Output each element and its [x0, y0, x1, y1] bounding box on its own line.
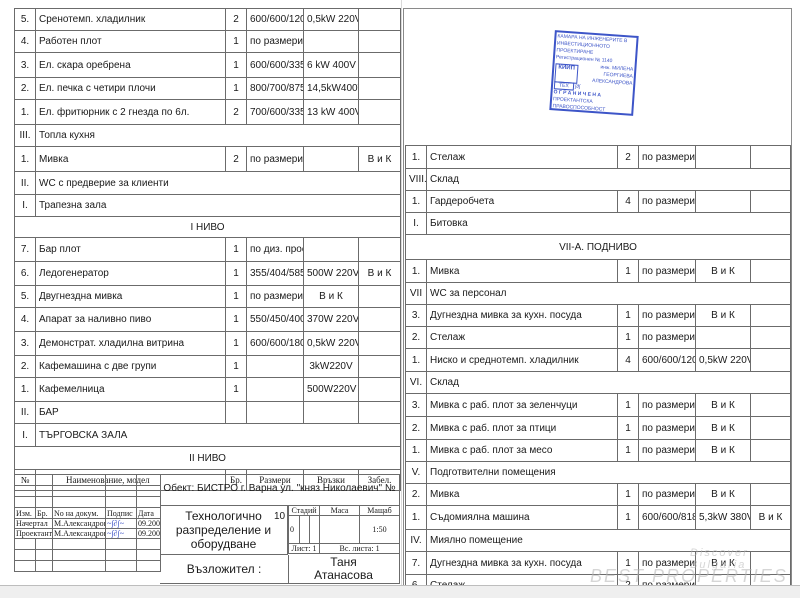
item-number: 2. [406, 417, 427, 440]
item-name: Мивка [427, 484, 618, 506]
item-name: Мивка с раб. плот за зеленчуци [427, 394, 618, 417]
section-name: Склад [427, 169, 791, 191]
item-qty: 1 [618, 506, 639, 530]
item-connections [696, 191, 751, 213]
item-size: по размери [247, 147, 304, 172]
mass-label: Маса [320, 506, 360, 516]
item-number: 7. [15, 238, 36, 262]
item-connections: 0,5kW 220V [304, 9, 359, 31]
item-size: по размери [639, 191, 696, 213]
drawn-by-name: М.Александрова [53, 519, 106, 529]
item-notes [359, 308, 401, 332]
item-size: по диз. проект [247, 238, 304, 262]
item-connections: В и К [696, 440, 751, 462]
item-connections [304, 147, 359, 172]
item-notes [359, 378, 401, 402]
item-notes [751, 484, 791, 506]
equipment-row: 2.Кафемашина с две групи13kW220V [15, 356, 401, 378]
item-notes [359, 78, 401, 100]
stage-scale-block: Стадий Маса Мащаб 0 1:50 Лист: 1 Вс. лис… [288, 505, 400, 554]
section-number: IV. [406, 530, 427, 552]
item-name: Дугнездна мивка за кухн. посуда [427, 552, 618, 575]
equipment-row: 1.Съдомиялна машина1600/600/8185,3kW 380… [406, 506, 791, 530]
item-name: Мивка с раб. плот за месо [427, 440, 618, 462]
item-number: 1. [406, 260, 427, 283]
item-name: Дугнездна мивка за кухн. посуда [427, 305, 618, 327]
item-notes: В и К [359, 262, 401, 286]
item-name: Ел. фритюрник с 2 гнезда по 6л. [36, 100, 226, 125]
item-qty: 4 [618, 349, 639, 372]
section-row: VI.Склад [406, 372, 791, 394]
section-row: III.Топла кухня [15, 125, 401, 147]
item-notes [751, 327, 791, 349]
level-heading: II НИВО [15, 447, 401, 470]
item-number: 1. [406, 191, 427, 213]
equipment-row: 6.Ледогенератор1355/404/585500W 220VВ и … [15, 262, 401, 286]
item-notes [751, 440, 791, 462]
rev-header-signature: Подпис [106, 508, 137, 519]
drawn-by-date: 09.2009 [137, 519, 161, 529]
item-number: 2. [15, 356, 36, 378]
scale-value: 1:50 [360, 516, 400, 544]
item-size: по размери [639, 146, 696, 169]
item-number: 3. [15, 53, 36, 78]
item-number: 4. [15, 308, 36, 332]
item-number: 3. [406, 394, 427, 417]
item-qty: 1 [226, 378, 247, 402]
item-number: 5. [15, 286, 36, 308]
item-connections: В и К [696, 305, 751, 327]
item-name: Мивка с раб. плот за птици [427, 417, 618, 440]
item-size: 600/600/335 [247, 53, 304, 78]
item-connections: 0,5kW 220V [696, 349, 751, 372]
rev-header-docno: No на докум. [53, 508, 106, 519]
item-notes [751, 260, 791, 283]
item-name: Мивка [36, 147, 226, 172]
item-size: по размери [247, 286, 304, 308]
item-qty: 2 [226, 9, 247, 31]
item-name: Ледогенератор [36, 262, 226, 286]
equipment-row: 2.Мивка с раб. плот за птици1по размериВ… [406, 417, 791, 440]
section-row: II.WC с предверие за клиенти [15, 172, 401, 195]
item-number: 2. [406, 484, 427, 506]
client-name: Таня Атанасова [288, 556, 399, 584]
item-number: 1. [406, 440, 427, 462]
item-connections: В и К [696, 417, 751, 440]
drawn-by-label: Начертал [15, 519, 53, 529]
item-qty: 1 [226, 262, 247, 286]
item-connections [304, 402, 359, 424]
section-number: III. [15, 125, 36, 147]
item-number: 1. [15, 100, 36, 125]
item-qty: 1 [618, 440, 639, 462]
designed-by-label: Проектант [15, 529, 53, 539]
equipment-row: 5.Сренотемп. хладилник2600/600/12000,5kW… [15, 9, 401, 31]
item-qty: 1 [618, 417, 639, 440]
item-notes [359, 402, 401, 424]
item-name: Работен плот [36, 31, 226, 53]
item-connections [696, 146, 751, 169]
item-qty: 1 [226, 286, 247, 308]
item-number: II. [15, 402, 36, 424]
item-size: по размери [247, 31, 304, 53]
item-connections: 0,5kW 220V [304, 332, 359, 356]
section-number: V. [406, 462, 427, 484]
item-qty: 1 [226, 53, 247, 78]
designed-by-signature: ~∫∂∫~ [106, 529, 137, 539]
item-size: по размери [639, 260, 696, 283]
section-number: VIII. [406, 169, 427, 191]
equipment-row: 3.Мивка с раб. плот за зеленчуци1по разм… [406, 394, 791, 417]
item-connections: В и К [696, 484, 751, 506]
item-size: 355/404/585 [247, 262, 304, 286]
equipment-table-right: 1.Стелаж2по размериVIII.Склад1.Гардеробч… [405, 145, 791, 597]
item-number: 1. [406, 506, 427, 530]
item-notes: В и К [359, 147, 401, 172]
item-qty: 1 [226, 356, 247, 378]
item-connections: 3kW220V [304, 356, 359, 378]
title-block-main: Обект: БИСТРО г. Варна ул. "княз Николае… [160, 474, 400, 584]
section-row: VIIWC за персонал [406, 283, 791, 305]
item-notes [751, 349, 791, 372]
item-connections: В и К [696, 394, 751, 417]
scan-bottom-edge [0, 585, 800, 598]
level-heading: VII-A. ПОДНИВО [406, 235, 791, 260]
item-size: по размери [639, 327, 696, 349]
item-connections: В и К [304, 286, 359, 308]
section-number: II. [15, 172, 36, 195]
item-name: Кафемелница [36, 378, 226, 402]
item-connections: 6 kW 400V [304, 53, 359, 78]
drawing-title-line: Технологично [160, 509, 287, 523]
item-notes [359, 332, 401, 356]
section-number: I. [15, 424, 36, 447]
section-row: VIII.Склад [406, 169, 791, 191]
section-name: ТЪРГОВСКА ЗАЛА [36, 424, 401, 447]
item-qty: 2 [618, 146, 639, 169]
item-number: 1. [406, 349, 427, 372]
equipment-row: 5.Двугнездна мивка1по размериВ и К [15, 286, 401, 308]
item-notes [359, 53, 401, 78]
item-size: по размери [639, 440, 696, 462]
level-heading: I НИВО [15, 217, 401, 238]
item-qty: 1 [226, 332, 247, 356]
equipment-row: 3.Ел. скара оребрена1600/600/3356 kW 400… [15, 53, 401, 78]
item-number: 7. [406, 552, 427, 575]
item-connections: 500W 220V [304, 262, 359, 286]
page-fold-line [401, 0, 402, 598]
stage-label: Стадий [289, 506, 320, 516]
item-name: Мивка [427, 260, 618, 283]
item-qty: 1 [226, 78, 247, 100]
equipment-row: 2.Мивка1по размериВ и К [406, 484, 791, 506]
level-heading-row: VII-A. ПОДНИВО [406, 235, 791, 260]
item-qty: 1 [618, 260, 639, 283]
item-qty: 2 [226, 147, 247, 172]
client-label: Възложител : [160, 555, 289, 584]
item-size: 600/600/1800 [247, 332, 304, 356]
item-name: Стелаж [427, 327, 618, 349]
item-name: Демонстрат. хладилна витрина [36, 332, 226, 356]
drawing-title: Технологично разпределение и оборудване [160, 505, 288, 555]
item-size: по размери [639, 394, 696, 417]
item-connections: 500W220V [304, 378, 359, 402]
item-notes [359, 286, 401, 308]
stamp-signature: ∫∂∫ [575, 84, 581, 90]
equipment-table-left: 5.Сренотемп. хладилник2600/600/12000,5kW… [14, 8, 401, 491]
item-name: Бар плот [36, 238, 226, 262]
item-size: 700/600/335 [247, 100, 304, 125]
item-notes [751, 394, 791, 417]
equipment-row: II.БАР [15, 402, 401, 424]
item-name: БАР [36, 402, 226, 424]
item-connections: 14,5kW400V [304, 78, 359, 100]
section-row: I.Трапезна зала [15, 195, 401, 217]
section-number: VII [406, 283, 427, 305]
drawn-by-row: Начертал М.Александрова ~∫∂∫~ 09.2009 [15, 519, 161, 529]
item-number: 1. [406, 146, 427, 169]
item-number: 1. [15, 147, 36, 172]
drawing-title-line: оборудване [160, 537, 287, 551]
section-number: VI. [406, 372, 427, 394]
rev-header-count: Бр. [36, 508, 53, 519]
section-name: Трапезна зала [36, 195, 401, 217]
item-notes [359, 100, 401, 125]
item-notes [751, 146, 791, 169]
item-notes: В и К [751, 506, 791, 530]
rev-header-date: Дата [137, 508, 161, 519]
item-name: Съдомиялна машина [427, 506, 618, 530]
item-size: по размери [639, 484, 696, 506]
item-size: по размери [639, 417, 696, 440]
equipment-row: 1.Ел. фритюрник с 2 гнезда по 6л.2700/60… [15, 100, 401, 125]
rev-header-change: Изм. [15, 508, 36, 519]
item-notes [359, 356, 401, 378]
drawing-title-line: разпределение и [160, 523, 287, 537]
item-size: 600/600/1200 [247, 9, 304, 31]
watermark-brand: BEST PROPERTIES [590, 566, 788, 587]
item-notes [359, 238, 401, 262]
equipment-row: 1.Мивка2по размериВ и К [15, 147, 401, 172]
equipment-row: 2.Ел. печка с четири плочи1800/700/87514… [15, 78, 401, 100]
item-number: 4. [15, 31, 36, 53]
item-qty: 4 [618, 191, 639, 213]
designed-by-row: Проектант М.Александрова ~∫∂∫~ 09.2009 [15, 529, 161, 539]
item-name: Ниско и среднотемп. хладилник [427, 349, 618, 372]
object-label: Обект: БИСТРО г. Варна ул. "княз Николае… [160, 475, 399, 506]
item-qty: 2 [226, 100, 247, 125]
item-name: Стелаж [427, 146, 618, 169]
equipment-row: 1.Стелаж2по размери [406, 146, 791, 169]
engineer-stamp: КАМАРА НА ИНЖЕНЕРИТЕ В ИНВЕСТИЦИОННОТО П… [549, 30, 638, 116]
item-name: Гардеробчета [427, 191, 618, 213]
item-connections: 5,3kW 380V [696, 506, 751, 530]
item-notes [751, 191, 791, 213]
item-notes [751, 305, 791, 327]
item-qty [226, 402, 247, 424]
level-heading-row: II НИВО [15, 447, 401, 470]
section-number: I. [406, 213, 427, 235]
item-connections [304, 238, 359, 262]
item-notes [359, 9, 401, 31]
item-name: Двугнездна мивка [36, 286, 226, 308]
item-notes [359, 31, 401, 53]
section-name: Битовка [427, 213, 791, 235]
item-size: 600/600/818 [639, 506, 696, 530]
item-qty: 1 [618, 327, 639, 349]
item-size: 800/700/875 [247, 78, 304, 100]
item-qty: 1 [618, 484, 639, 506]
equipment-row: 3.Демонстрат. хладилна витрина1600/600/1… [15, 332, 401, 356]
item-qty: 1 [226, 238, 247, 262]
section-name: WC за персонал [427, 283, 791, 305]
sheets-total: Вс. листа: 1 [320, 544, 400, 554]
item-connections: 13 kW 400V [304, 100, 359, 125]
item-size: по размери [639, 305, 696, 327]
item-size [247, 356, 304, 378]
equipment-row: 3.Дугнездна мивка за кухн. посуда1по раз… [406, 305, 791, 327]
section-name: Склад [427, 372, 791, 394]
item-number: 1. [15, 378, 36, 402]
item-number: 2. [406, 327, 427, 349]
item-number: 3. [15, 332, 36, 356]
item-size: 600/600/1200 [639, 349, 696, 372]
item-connections: В и К [696, 260, 751, 283]
item-number: 5. [15, 9, 36, 31]
item-number: 2. [15, 78, 36, 100]
equipment-row: 2.Стелаж1по размери [406, 327, 791, 349]
item-name: Кафемашина с две групи [36, 356, 226, 378]
section-row: V.Подготвителни помещения [406, 462, 791, 484]
equipment-row: 4.Работен плот1по размери [15, 31, 401, 53]
revision-header-row: Изм. Бр. No на докум. Подпис Дата [15, 508, 161, 519]
item-size [247, 402, 304, 424]
item-qty: 1 [226, 308, 247, 332]
item-connections: 370W 220V [304, 308, 359, 332]
item-number: 3. [406, 305, 427, 327]
equipment-row: 1.Кафемелница1500W220V [15, 378, 401, 402]
drawn-by-signature: ~∫∂∫~ [106, 519, 137, 529]
section-name: Топла кухня [36, 125, 401, 147]
item-size [247, 378, 304, 402]
section-name: WC с предверие за клиенти [36, 172, 401, 195]
scale-label: Мащаб [360, 506, 400, 516]
section-name: Подготвителни помещения [427, 462, 791, 484]
level-heading-row: I НИВО [15, 217, 401, 238]
equipment-row: 7.Бар плот1по диз. проект [15, 238, 401, 262]
equipment-row: 1.Гардеробчета4по размери [406, 191, 791, 213]
equipment-row: 1.Мивка с раб. плот за месо1по размериВ … [406, 440, 791, 462]
section-number: I. [15, 195, 36, 217]
section-row: I.Битовка [406, 213, 791, 235]
item-name: Ел. печка с четири плочи [36, 78, 226, 100]
item-qty: 1 [618, 394, 639, 417]
item-name: Сренотемп. хладилник [36, 9, 226, 31]
equipment-row: 1.Ниско и среднотемп. хладилник4600/600/… [406, 349, 791, 372]
item-name: Апарат за наливно пиво [36, 308, 226, 332]
item-number: 6. [15, 262, 36, 286]
designed-by-name: М.Александрова [53, 529, 106, 539]
item-qty: 1 [618, 305, 639, 327]
sheet-number: Лист: 1 [289, 544, 320, 554]
item-qty: 1 [226, 31, 247, 53]
client-name-line: Атанасова [288, 569, 399, 582]
item-connections [696, 327, 751, 349]
section-row: I.ТЪРГОВСКА ЗАЛА [15, 424, 401, 447]
item-name: Ел. скара оребрена [36, 53, 226, 78]
equipment-row: 1.Мивка1по размериВ и К [406, 260, 791, 283]
title-block-revisions: Изм. Бр. No на докум. Подпис Дата Начерт… [14, 474, 161, 572]
item-notes [751, 417, 791, 440]
item-connections [304, 31, 359, 53]
stage-value: 0 [289, 516, 300, 544]
item-size: 550/450/400 [247, 308, 304, 332]
equipment-row: 4.Апарат за наливно пиво1550/450/400370W… [15, 308, 401, 332]
designed-by-date: 09.2009 [137, 529, 161, 539]
